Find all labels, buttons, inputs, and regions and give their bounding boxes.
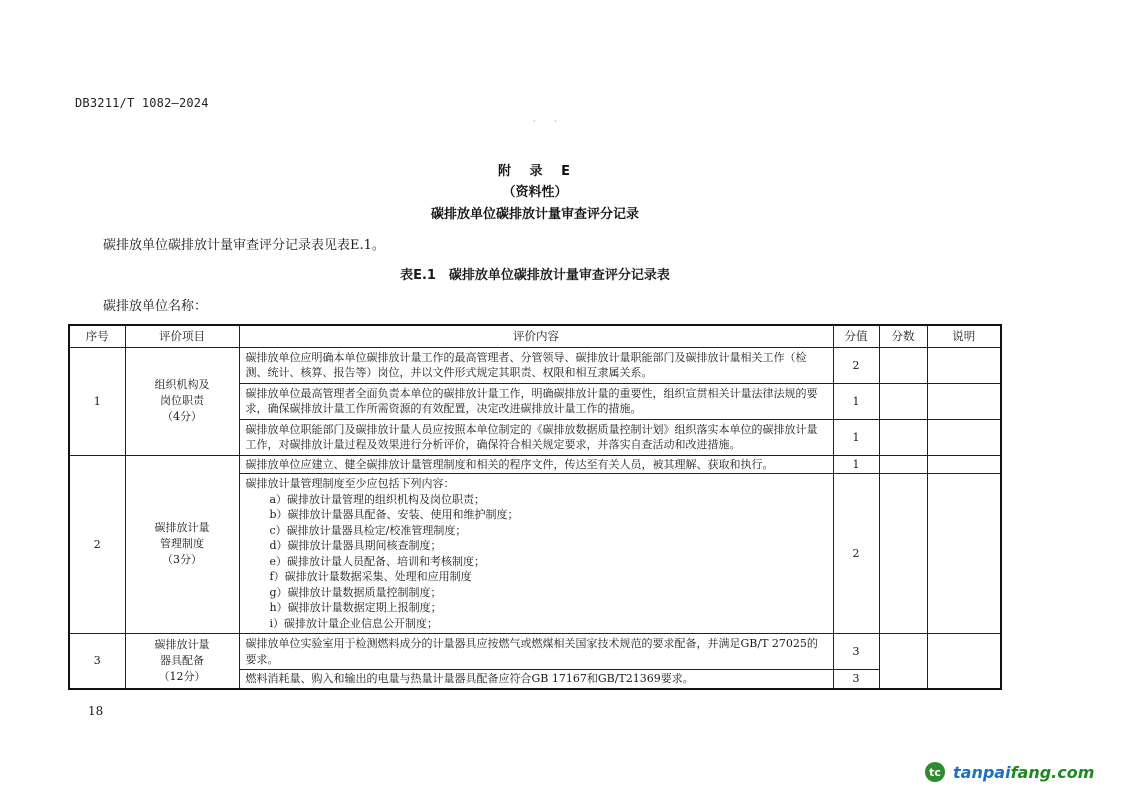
row-value: 1 — [833, 419, 879, 455]
list-item: d）碳排放计量器具期间核查制度； — [246, 538, 827, 554]
score-cell[interactable] — [879, 419, 927, 455]
item-line: 岗位职责 — [126, 393, 239, 409]
row-value: 1 — [833, 455, 879, 474]
row-value: 3 — [833, 670, 879, 689]
row-no: 1 — [69, 347, 125, 455]
table-row: 2 碳排放计量 管理制度 （3分） 碳排放单位应建立、健全碳排放计量管理制度和相… — [69, 455, 1001, 474]
document-code: DB3211/T 1082—2024 — [75, 96, 209, 110]
item-line: （12分） — [126, 669, 239, 685]
watermark: tc tanpaifang.com — [925, 762, 1094, 782]
score-table: 序号 评价项目 评价内容 分值 分数 说明 1 组织机构及 岗位职责 （4分） … — [68, 324, 1002, 690]
list-item: e）碳排放计量人员配备、培训和考核制度； — [246, 554, 827, 570]
header-value: 分值 — [833, 325, 879, 347]
table-row: 1 组织机构及 岗位职责 （4分） 碳排放单位应明确本单位碳排放计量工作的最高管… — [69, 347, 1001, 383]
item-line: 组织机构及 — [126, 377, 239, 393]
remark-cell[interactable] — [927, 419, 1001, 455]
item-line: 碳排放计量 — [126, 520, 239, 536]
unit-name-label: 碳排放单位名称： — [103, 295, 207, 314]
row-content: 碳排放单位应明确本单位碳排放计量工作的最高管理者、分管领导、碳排放计量职能部门及… — [239, 347, 833, 383]
tanpaifang-logo-icon: tc — [925, 762, 945, 782]
item-line: （4分） — [126, 409, 239, 425]
list-item: g）碳排放计量数据质量控制制度； — [246, 585, 827, 601]
row-content: 碳排放单位最高管理者全面负责本单位的碳排放计量工作，明确碳排放计量的重要性，组织… — [239, 383, 833, 419]
item-line: （3分） — [126, 552, 239, 568]
remark-cell[interactable] — [927, 347, 1001, 383]
decorative-dots: · · — [533, 117, 565, 126]
appendix-nature: （资料性） — [0, 181, 1070, 200]
row-content-list: 碳排放计量管理制度至少应包括下列内容： a）碳排放计量管理的组织机构及岗位职责；… — [239, 474, 833, 634]
list-item: h）碳排放计量数据定期上报制度； — [246, 600, 827, 616]
item-line: 器具配备 — [126, 653, 239, 669]
row-item: 碳排放计量 器具配备 （12分） — [125, 634, 239, 689]
row-value: 1 — [833, 383, 879, 419]
row-value: 2 — [833, 347, 879, 383]
row-content: 碳排放单位职能部门及碳排放计量人员应按照本单位制定的《碳排放数据质量控制计划》组… — [239, 419, 833, 455]
page-number: 18 — [88, 704, 103, 718]
list-intro: 碳排放计量管理制度至少应包括下列内容： — [246, 476, 827, 492]
remark-cell[interactable] — [927, 455, 1001, 474]
row-content: 碳排放单位实验室用于检测燃料成分的计量器具应按燃气或燃煤相关国家技术规范的要求配… — [239, 634, 833, 670]
row-value: 2 — [833, 474, 879, 634]
appendix-title: 附 录 E — [0, 160, 1070, 179]
list-item: c）碳排放计量器具检定/校准管理制度； — [246, 523, 827, 539]
table-caption: 表E.1 碳排放单位碳排放计量审查评分记录表 — [0, 264, 1070, 283]
intro-text: 碳排放单位碳排放计量审查评分记录表见表E.1。 — [103, 234, 385, 253]
header-score: 分数 — [879, 325, 927, 347]
score-cell[interactable] — [879, 455, 927, 474]
row-no: 3 — [69, 634, 125, 689]
item-line: 管理制度 — [126, 536, 239, 552]
remark-cell[interactable] — [927, 383, 1001, 419]
row-no: 2 — [69, 455, 125, 634]
list-item: b）碳排放计量器具配备、安装、使用和维护制度； — [246, 507, 827, 523]
row-value: 3 — [833, 634, 879, 670]
row-content: 燃料消耗量、购入和输出的电量与热量计量器具配备应符合GB 17167和GB/T2… — [239, 670, 833, 689]
list-item: i）碳排放计量企业信息公开制度； — [246, 616, 827, 632]
list-item: a）碳排放计量管理的组织机构及岗位职责； — [246, 492, 827, 508]
score-cell[interactable] — [879, 383, 927, 419]
score-cell[interactable] — [879, 634, 927, 689]
row-item: 组织机构及 岗位职责 （4分） — [125, 347, 239, 455]
list-item: f）碳排放计量数据采集、处理和应用制度 — [246, 569, 827, 585]
watermark-text-blue: tanpai — [953, 763, 1011, 782]
score-cell[interactable] — [879, 474, 927, 634]
appendix-name: 碳排放单位碳排放计量审查评分记录 — [0, 203, 1070, 222]
header-no: 序号 — [69, 325, 125, 347]
row-content: 碳排放单位应建立、健全碳排放计量管理制度和相关的程序文件，传达至有关人员，被其理… — [239, 455, 833, 474]
item-line: 碳排放计量 — [126, 637, 239, 653]
table-header-row: 序号 评价项目 评价内容 分值 分数 说明 — [69, 325, 1001, 347]
table-row: 3 碳排放计量 器具配备 （12分） 碳排放单位实验室用于检测燃料成分的计量器具… — [69, 634, 1001, 670]
header-item: 评价项目 — [125, 325, 239, 347]
remark-cell[interactable] — [927, 634, 1001, 689]
watermark-text-green: fang.com — [1011, 763, 1095, 782]
header-content: 评价内容 — [239, 325, 833, 347]
header-remark: 说明 — [927, 325, 1001, 347]
remark-cell[interactable] — [927, 474, 1001, 634]
watermark-text: tanpaifang.com — [953, 763, 1094, 782]
score-cell[interactable] — [879, 347, 927, 383]
row-item: 碳排放计量 管理制度 （3分） — [125, 455, 239, 634]
